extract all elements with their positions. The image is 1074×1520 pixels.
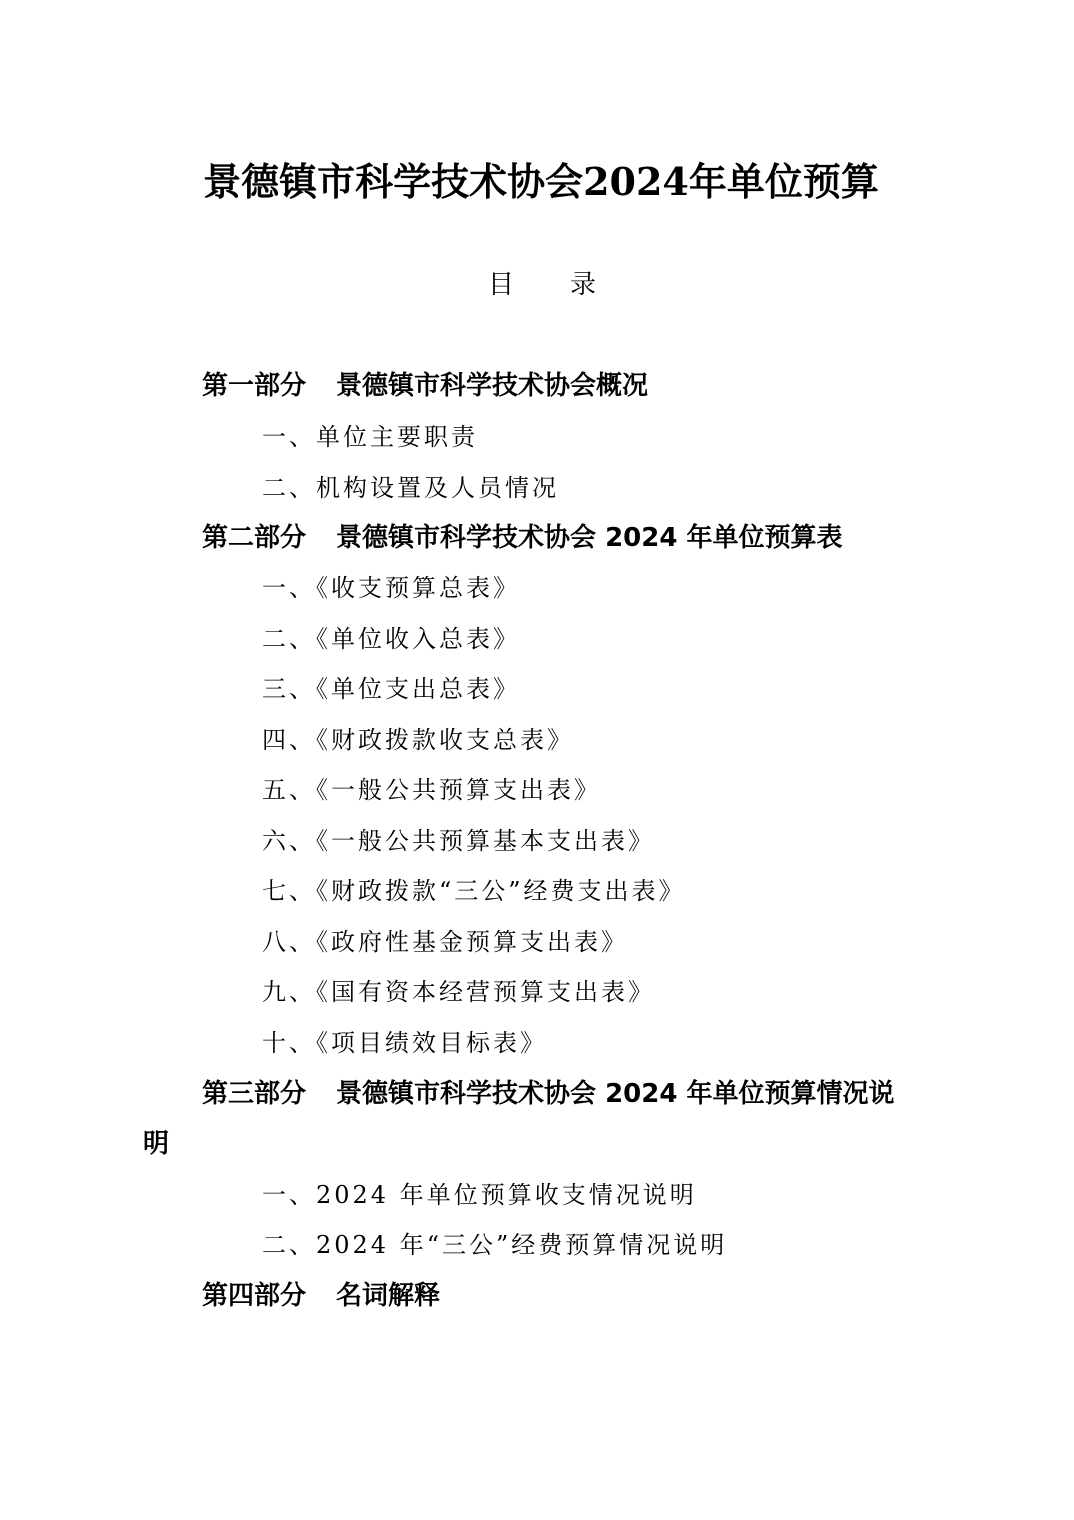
part-number: 第一部分 — [202, 366, 306, 406]
part-title: 景德镇市科学技术协会概况 — [336, 371, 648, 401]
toc-heading: 目录 — [0, 265, 1074, 305]
toc-part-4[interactable]: 第四部分名词解释 — [202, 1276, 440, 1316]
toc-item[interactable]: 一、2024 年单位预算收支情况说明 — [262, 1175, 697, 1215]
part-title-continuation: 明 — [143, 1124, 169, 1164]
toc-item[interactable]: 一、单位主要职责 — [262, 417, 478, 457]
toc-item[interactable]: 十、《项目绩效目标表》 — [262, 1023, 547, 1063]
part-number: 第三部分 — [202, 1074, 306, 1114]
toc-item[interactable]: 五、《一般公共预算支出表》 — [262, 770, 601, 810]
part-title: 景德镇市科学技术协会 2024 年单位预算表 — [336, 523, 842, 553]
part-title: 景德镇市科学技术协会 2024 年单位预算情况说 — [336, 1079, 894, 1109]
document-title: 景德镇市科学技术协会2024年单位预算 — [0, 154, 1074, 210]
toc-heading-left: 目 — [488, 270, 514, 300]
toc-part-1[interactable]: 第一部分景德镇市科学技术协会概况 — [202, 366, 648, 406]
toc-item[interactable]: 三、《单位支出总表》 — [262, 669, 520, 709]
toc-item[interactable]: 二、2024 年“三公”经费预算情况说明 — [262, 1225, 727, 1265]
part-title: 名词解释 — [336, 1281, 440, 1311]
toc-item[interactable]: 二、《单位收入总表》 — [262, 619, 520, 659]
toc-item[interactable]: 七、《财政拨款“三公”经费支出表》 — [262, 871, 686, 911]
toc-item[interactable]: 四、《财政拨款收支总表》 — [262, 720, 574, 760]
part-number: 第二部分 — [202, 518, 306, 558]
toc-item[interactable]: 八、《政府性基金预算支出表》 — [262, 922, 628, 962]
toc-item[interactable]: 一、《收支预算总表》 — [262, 568, 520, 608]
toc-part-3[interactable]: 第三部分景德镇市科学技术协会 2024 年单位预算情况说 — [202, 1074, 894, 1114]
toc-item[interactable]: 六、《一般公共预算基本支出表》 — [262, 821, 655, 861]
toc-item[interactable]: 二、机构设置及人员情况 — [262, 468, 559, 508]
toc-part-2[interactable]: 第二部分景德镇市科学技术协会 2024 年单位预算表 — [202, 518, 842, 558]
document-page: 景德镇市科学技术协会2024年单位预算 目录 第一部分景德镇市科学技术协会概况 … — [0, 0, 1074, 1520]
toc-heading-right: 录 — [570, 270, 596, 300]
toc-item[interactable]: 九、《国有资本经营预算支出表》 — [262, 972, 655, 1012]
part-number: 第四部分 — [202, 1276, 306, 1316]
